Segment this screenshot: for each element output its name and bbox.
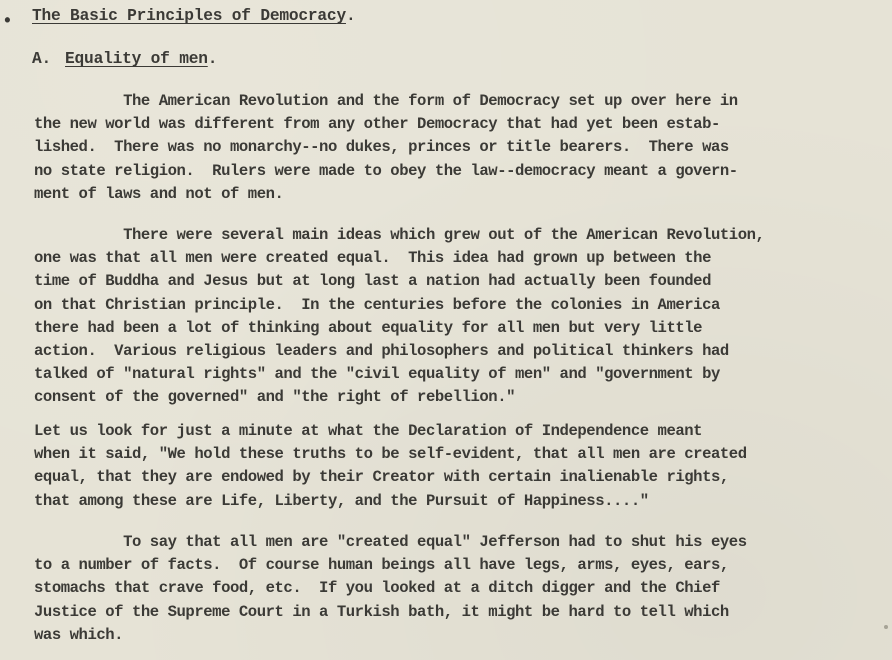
heading-text: The Basic Principles of Democracy <box>32 7 346 25</box>
text-line: on that Christian principle. In the cent… <box>34 294 764 317</box>
text-line: was which. <box>34 624 747 647</box>
text-line: The American Revolution and the form of … <box>34 90 738 113</box>
section-label: A. <box>32 50 51 68</box>
text-line: time of Buddha and Jesus but at long las… <box>34 270 764 293</box>
text-line: the new world was different from any oth… <box>34 113 738 136</box>
section-heading: A.Equality of men. <box>32 50 217 68</box>
section-title: Equality of men <box>65 50 208 68</box>
text-line: action. Various religious leaders and ph… <box>34 340 764 363</box>
text-line: Justice of the Supreme Court in a Turkis… <box>34 601 747 624</box>
text-line: stomachs that crave food, etc. If you lo… <box>34 577 747 600</box>
text-line: that among these are Life, Liberty, and … <box>34 490 747 513</box>
text-line: to a number of facts. Of course human be… <box>34 554 747 577</box>
text-line: there had been a lot of thinking about e… <box>34 317 764 340</box>
text-line: lished. There was no monarchy--no dukes,… <box>34 136 738 159</box>
text-line: Let us look for just a minute at what th… <box>34 420 747 443</box>
section-title-period: . <box>208 50 218 68</box>
text-line: equal, that they are endowed by their Cr… <box>34 466 747 489</box>
text-line: no state religion. Rulers were made to o… <box>34 160 738 183</box>
text-line: There were several main ideas which grew… <box>34 224 764 247</box>
text-line: talked of "natural rights" and the "civi… <box>34 363 764 386</box>
paragraph-4: To say that all men are "created equal" … <box>34 531 747 647</box>
paper-speck <box>884 625 888 629</box>
document-heading: The Basic Principles of Democracy. <box>32 7 355 25</box>
text-line: consent of the governed" and "the right … <box>34 386 764 409</box>
paragraph-2: There were several main ideas which grew… <box>34 224 764 410</box>
text-line: when it said, "We hold these truths to b… <box>34 443 747 466</box>
list-bullet: • <box>2 12 13 32</box>
text-line: To say that all men are "created equal" … <box>34 531 747 554</box>
text-line: ment of laws and not of men. <box>34 183 738 206</box>
paragraph-3: Let us look for just a minute at what th… <box>34 420 747 513</box>
text-line: one was that all men were created equal.… <box>34 247 764 270</box>
heading-period: . <box>346 7 356 25</box>
typewritten-page: • The Basic Principles of Democracy. A.E… <box>0 0 892 660</box>
paragraph-1: The American Revolution and the form of … <box>34 90 738 206</box>
